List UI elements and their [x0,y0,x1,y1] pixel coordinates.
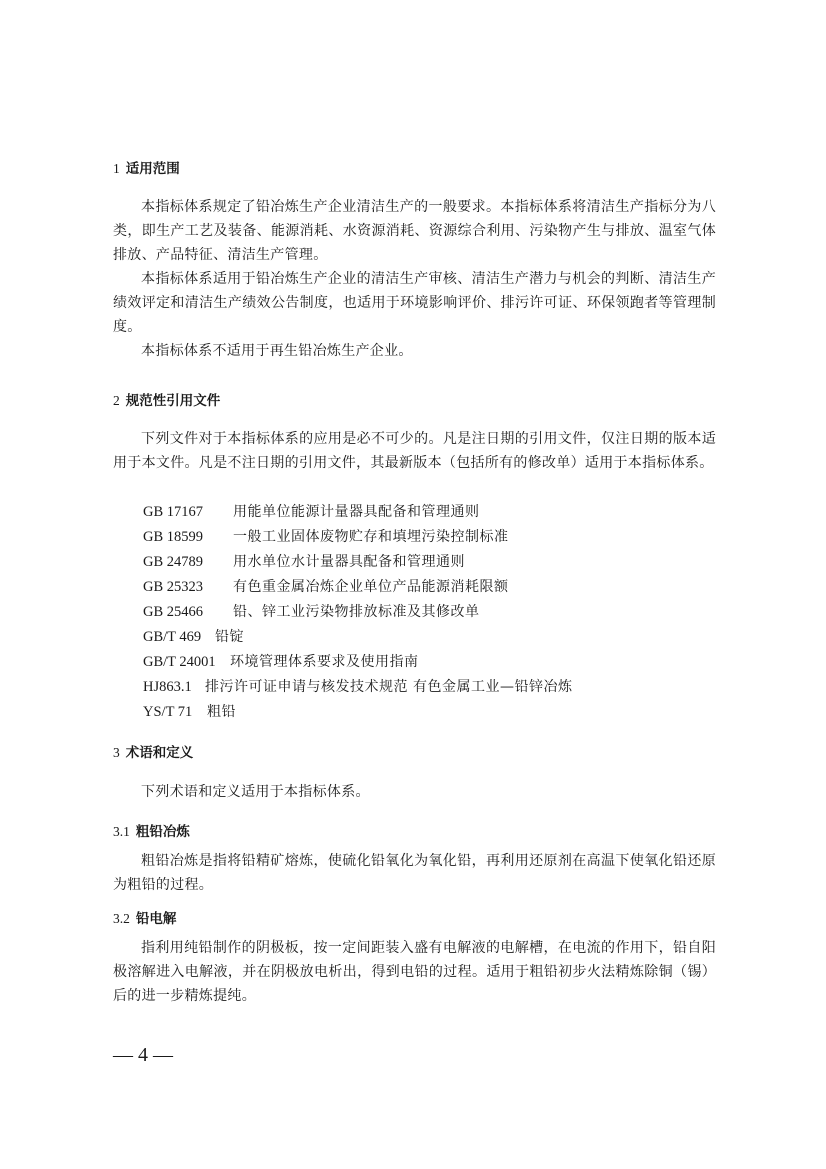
reference-item: GB 24789用水单位水计量器具配备和管理通则 [143,551,465,571]
reference-title: 有色重金属冶炼企业单位产品能源消耗限额 [233,579,509,595]
reference-title: 铅、锌工业污染物排放标准及其修改单 [233,604,480,620]
paragraph: 下列文件对于本指标体系的应用是必不可少的。凡是注日期的引用文件，仅注日期的版本适… [113,427,716,475]
reference-item: GB 17167用能单位能源计量器具配备和管理通则 [143,501,480,521]
paragraph: 粗铅冶炼是指将铅精矿熔炼，使硫化铅氧化为氧化铅，再利用还原剂在高温下使氧化铅还原… [113,849,716,897]
subsection-number: 3.2 [113,911,130,926]
subsection-title: 粗铅冶炼 [136,824,190,840]
reference-title: 铅锭 [215,629,244,645]
reference-code: HJ863.1 [143,679,205,696]
subsection-number: 3.1 [113,824,130,839]
reference-title: 用能单位能源计量器具配备和管理通则 [233,504,480,520]
section-title: 适用范围 [126,161,180,177]
reference-title: 一般工业固体废物贮存和填埋污染控制标准 [233,529,509,545]
subsection-title: 铅电解 [136,911,177,927]
paragraph: 本指标体系规定了铅冶炼生产企业清洁生产的一般要求。本指标体系将清洁生产指标分为八… [113,195,716,267]
paragraph: 本指标体系适用于铅冶炼生产企业的清洁生产审核、清洁生产潜力与机会的判断、清洁生产… [113,267,716,339]
paragraph: 本指标体系不适用于再生铅冶炼生产企业。 [113,339,716,363]
section-1-heading: 1适用范围 [113,157,180,177]
reference-item: GB/T 469铅锭 [143,626,244,646]
section-number: 2 [113,393,120,408]
reference-item: YS/T 71粗铅 [143,701,236,721]
reference-title: 用水单位水计量器具配备和管理通则 [233,554,465,570]
paragraph: 下列术语和定义适用于本指标体系。 [113,780,716,804]
reference-code: YS/T 71 [143,704,207,721]
reference-code: GB 24789 [143,554,233,571]
reference-code: GB 17167 [143,504,233,521]
subsection-3-1-heading: 3.1粗铅冶炼 [113,820,190,840]
page-number: — 4 — [113,1044,173,1067]
paragraph: 指利用纯铅制作的阴极板，按一定间距装入盛有电解液的电解槽，在电流的作用下，铅自阳… [113,936,716,1008]
reference-code: GB 25323 [143,579,233,596]
reference-code: GB/T 469 [143,629,215,646]
reference-title: 排污许可证申请与核发技术规范 有色金属工业—铅锌冶炼 [205,679,572,695]
reference-item: GB 25466铅、锌工业污染物排放标准及其修改单 [143,601,480,621]
reference-title: 环境管理体系要求及使用指南 [230,654,419,670]
reference-item: GB/T 24001环境管理体系要求及使用指南 [143,651,419,671]
section-title: 术语和定义 [126,745,194,761]
reference-title: 粗铅 [207,704,236,720]
section-number: 3 [113,745,120,760]
reference-item: GB 18599一般工业固体废物贮存和填埋污染控制标准 [143,526,509,546]
reference-item: GB 25323有色重金属冶炼企业单位产品能源消耗限额 [143,576,509,596]
section-3-heading: 3术语和定义 [113,741,193,761]
reference-item: HJ863.1排污许可证申请与核发技术规范 有色金属工业—铅锌冶炼 [143,676,572,696]
section-number: 1 [113,161,120,176]
reference-code: GB/T 24001 [143,654,230,671]
subsection-3-2-heading: 3.2铅电解 [113,907,176,927]
reference-code: GB 18599 [143,529,233,546]
section-title: 规范性引用文件 [126,393,221,409]
section-2-heading: 2规范性引用文件 [113,389,220,409]
reference-code: GB 25466 [143,604,233,621]
